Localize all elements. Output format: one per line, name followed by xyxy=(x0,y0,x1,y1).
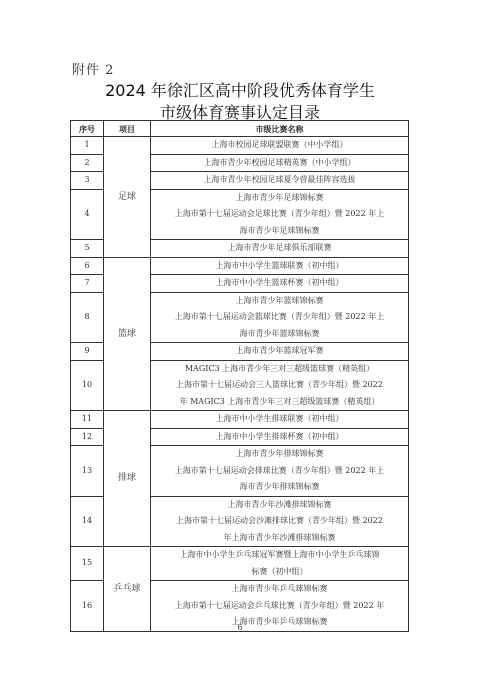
competition-name: 上海市青少年校园足球夏令营最佳阵容选拔 xyxy=(151,172,409,190)
row-number: 8 xyxy=(71,292,104,343)
competition-line: 上海市第十七届运动会沙滩排球比赛（青少年组）暨 2022 xyxy=(151,513,408,530)
row-number: 12 xyxy=(71,428,104,446)
competition-line: 上海市第十七届运动会篮球比赛（青少年组）暨 2022 年上 xyxy=(151,309,408,326)
competition-line: MAGIC3 上海市青少年三对三超级篮球赛（精英组） xyxy=(151,361,408,378)
table-header-row: 序号 项目 市级比赛名称 xyxy=(71,121,409,137)
row-number: 5 xyxy=(71,240,104,258)
page-number: 6 xyxy=(0,623,480,632)
row-number: 15 xyxy=(71,547,104,581)
competition-line: 上海市第十七届运动会足球比赛（青少年组）暨 2022 年上 xyxy=(151,206,408,223)
table-row: 15 乒乓球 上海市中小学生乒乓球冠军赛暨上海市中小学生乒乓球锦 标赛（初中组） xyxy=(71,547,409,581)
row-number: 14 xyxy=(71,496,104,547)
competition-name: 上海市中小学生排球联赛（初中组） xyxy=(151,411,409,429)
competition-table: 序号 项目 市级比赛名称 1 足球 上海市校园足球联盟联赛（中小学组） 2 上海… xyxy=(70,120,409,632)
table-row: 1 足球 上海市校园足球联盟联赛（中小学组） xyxy=(71,137,409,155)
competition-line: 上海市青少年足球锦标赛 xyxy=(151,190,408,207)
header-sport: 项目 xyxy=(104,121,151,137)
row-number: 10 xyxy=(71,360,104,411)
row-number: 4 xyxy=(71,189,104,240)
competition-line: 上海市第十七届运动会排球比赛（青少年组）暨 2022 年上 xyxy=(151,463,408,480)
competition-line: 上海市校园足球联盟联赛（中小学组） xyxy=(151,137,408,154)
competition-name: 上海市青少年沙滩排球锦标赛 上海市第十七届运动会沙滩排球比赛（青少年组）暨 20… xyxy=(151,496,409,547)
competition-line: 上海市第十七届运动会乒乓球比赛（青少年组）暨 2022 年 xyxy=(151,598,408,615)
row-number: 7 xyxy=(71,275,104,293)
competition-line: 上海市青少年篮球锦标赛 xyxy=(151,293,408,310)
competition-line: 上海市青少年乒乓球锦标赛 xyxy=(151,581,408,598)
competition-line: 年 MAGIC3 上海市青少年三对三超级篮球赛（精英组） xyxy=(151,394,408,411)
row-number: 1 xyxy=(71,137,104,155)
competition-line: 海市青少年足球锦标赛 xyxy=(151,223,408,240)
competition-name: 上海市青少年篮球锦标赛 上海市第十七届运动会篮球比赛（青少年组）暨 2022 年… xyxy=(151,292,409,343)
competition-line: 上海市中小学生排球联赛（初中组） xyxy=(151,411,408,428)
row-number: 3 xyxy=(71,172,104,190)
row-number: 11 xyxy=(71,411,104,429)
competition-name: 上海市青少年足球俱乐部联赛 xyxy=(151,240,409,258)
table-row: 6 篮球 上海市中小学生篮球联赛（初中组） xyxy=(71,257,409,275)
header-competition-name: 市级比赛名称 xyxy=(151,121,409,137)
row-number: 2 xyxy=(71,154,104,172)
table-row: 11 排球 上海市中小学生排球联赛（初中组） xyxy=(71,411,409,429)
competition-name: 上海市中小学生排球杯赛（初中组） xyxy=(151,428,409,446)
attachment-label: 附件 2 xyxy=(72,59,114,78)
sport-category-volleyball: 排球 xyxy=(104,411,151,547)
competition-line: 上海市中小学生排球杯赛（初中组） xyxy=(151,429,408,446)
competition-name: 上海市青少年篮球冠军赛 xyxy=(151,343,409,361)
competition-name: 上海市中小学生篮球联赛（初中组） xyxy=(151,257,409,275)
sport-category-table-tennis: 乒乓球 xyxy=(104,547,151,632)
competition-line: 标赛（初中组） xyxy=(151,564,408,581)
competition-name: 上海市中小学生篮球杯赛（初中组） xyxy=(151,275,409,293)
competition-line: 海市青少年排球锦标赛 xyxy=(151,479,408,496)
competition-line: 上海市中小学生乒乓球冠军赛暨上海市中小学生乒乓球锦 xyxy=(151,547,408,564)
competition-line: 上海市青少年足球俱乐部联赛 xyxy=(151,240,408,257)
competition-line: 上海市青少年校园足球精英赛（中小学组） xyxy=(151,155,408,172)
row-number: 13 xyxy=(71,446,104,497)
competition-line: 上海市中小学生篮球联赛（初中组） xyxy=(151,258,408,275)
competition-name: MAGIC3 上海市青少年三对三超级篮球赛（精英组） 上海市第十七届运动会三人篮… xyxy=(151,360,409,411)
competition-name: 上海市中小学生乒乓球冠军赛暨上海市中小学生乒乓球锦 标赛（初中组） xyxy=(151,547,409,581)
row-number: 9 xyxy=(71,343,104,361)
competition-line: 海市青少年篮球锦标赛 xyxy=(151,326,408,343)
competition-name: 上海市青少年校园足球精英赛（中小学组） xyxy=(151,154,409,172)
row-number: 6 xyxy=(71,257,104,275)
document-title-line1: 2024 年徐汇区高中阶段优秀体育学生 xyxy=(0,78,480,101)
sport-category-basketball: 篮球 xyxy=(104,257,151,411)
sport-category-football: 足球 xyxy=(104,137,151,258)
competition-name: 上海市校园足球联盟联赛（中小学组） xyxy=(151,137,409,155)
competition-name: 上海市青少年足球锦标赛 上海市第十七届运动会足球比赛（青少年组）暨 2022 年… xyxy=(151,189,409,240)
competition-name: 上海市青少年排球锦标赛 上海市第十七届运动会排球比赛（青少年组）暨 2022 年… xyxy=(151,446,409,497)
competition-line: 上海市青少年排球锦标赛 xyxy=(151,446,408,463)
competition-line: 上海市第十七届运动会三人篮球比赛（青少年组）暨 2022 xyxy=(151,377,408,394)
header-serial: 序号 xyxy=(71,121,104,137)
competition-line: 上海市青少年沙滩排球锦标赛 xyxy=(151,497,408,514)
competition-line: 上海市中小学生篮球杯赛（初中组） xyxy=(151,275,408,292)
competition-line: 年上海市青少年沙滩排球锦标赛 xyxy=(151,530,408,547)
competition-line: 上海市青少年校园足球夏令营最佳阵容选拔 xyxy=(151,172,408,189)
competition-line: 上海市青少年篮球冠军赛 xyxy=(151,343,408,360)
